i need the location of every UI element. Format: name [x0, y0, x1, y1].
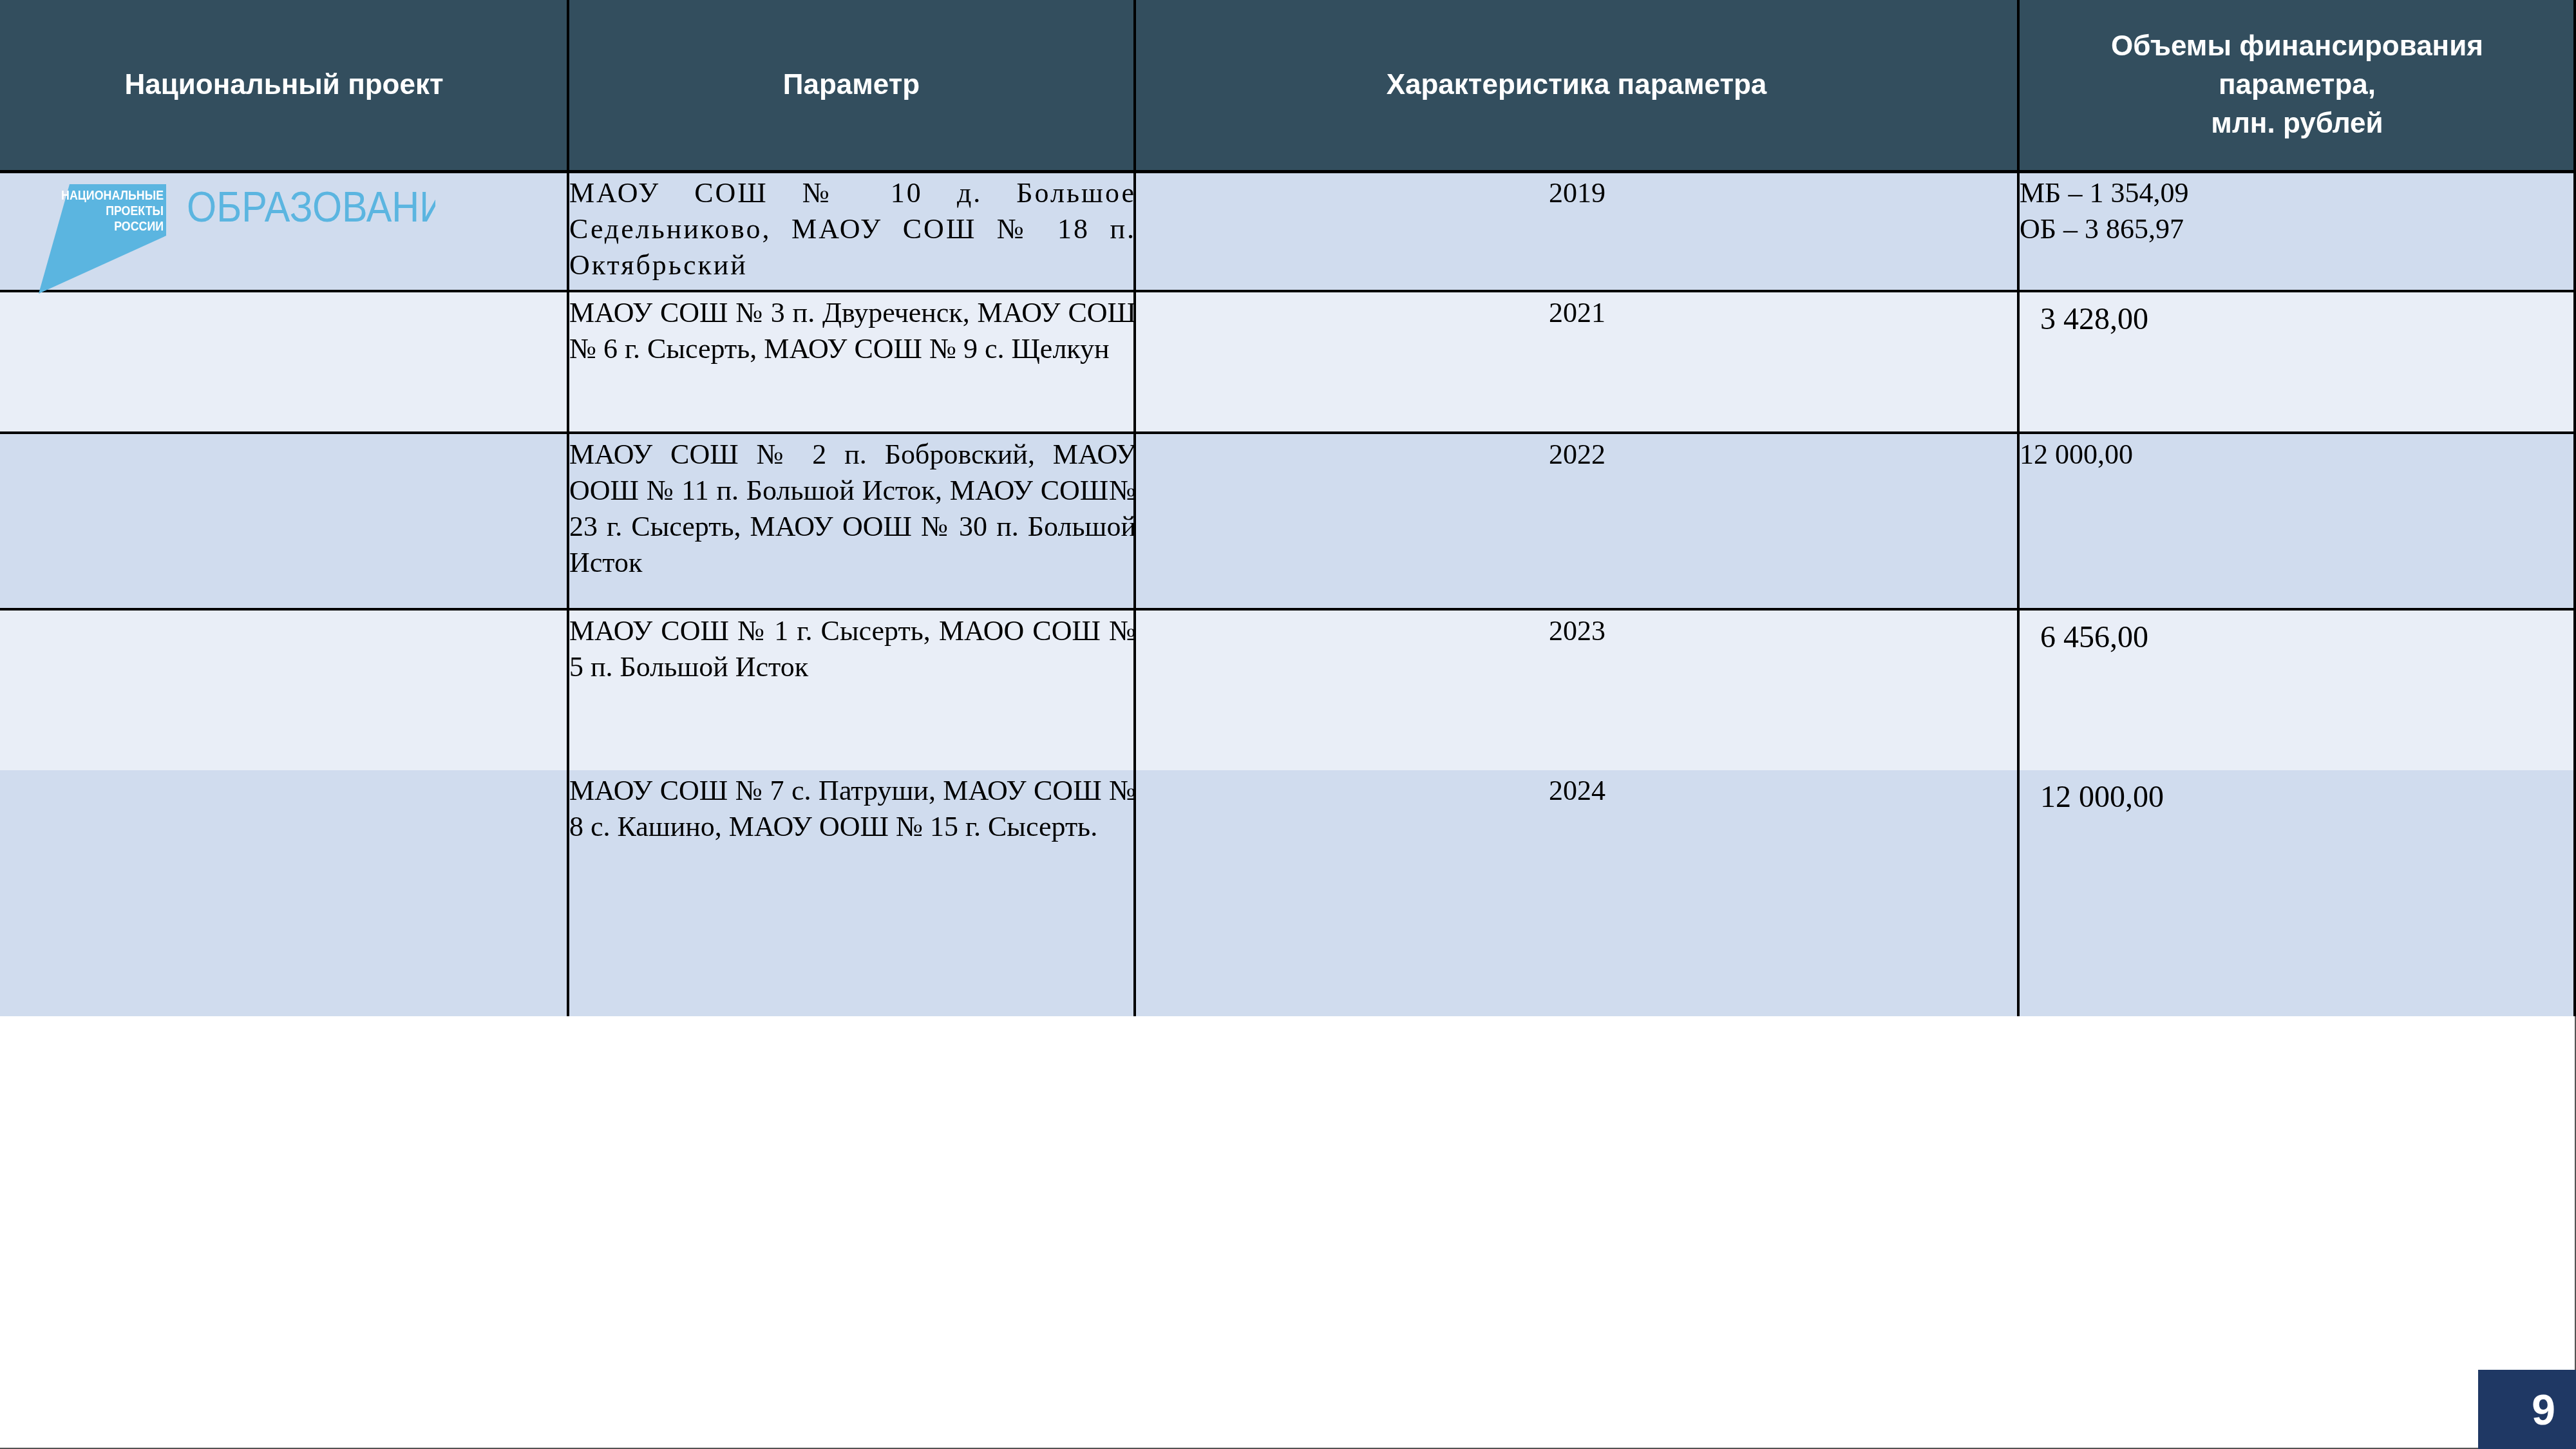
page-number: 9 [2532, 1385, 2555, 1434]
funding-cell: 12 000,00 [2020, 434, 2576, 608]
year-cell: 2022 [1136, 434, 2018, 608]
page-number-badge: 9 [2478, 1370, 2576, 1449]
svg-text:ОБРАЗОВАНИЕ: ОБРАЗОВАНИЕ [187, 184, 435, 231]
param-cell: МАОУ СОШ № 7 с. Патруши, МАОУ СОШ № 8 с.… [569, 770, 1136, 1016]
header-funding-line1: Объемы финансирования [2111, 27, 2483, 66]
param-cell: МАОУ СОШ № 1 г. Сысерть, МАОО СОШ № 5 п.… [569, 611, 1136, 770]
header-funding: Объемы финансирования параметра, млн. ру… [2018, 0, 2576, 170]
divider [2573, 0, 2576, 1016]
header-funding-line2: параметра, [2219, 66, 2376, 104]
svg-text:ПРОЕКТЫ: ПРОЕКТЫ [106, 204, 164, 219]
table-row: МАОУ СОШ № 2 п. Бобровский, МАОУ ООШ № 1… [0, 434, 2576, 608]
param-cell: МАОУ СОШ № 2 п. Бобровский, МАОУ ООШ № 1… [569, 434, 1136, 608]
funding-cell: 6 456,00 [2020, 611, 2576, 770]
divider [1133, 0, 1136, 1016]
header-parameter-label: Параметр [783, 66, 920, 104]
param-cell: МАОУ СОШ № 3 п. Двуреченск, МАОУ СОШ № 6… [569, 292, 1136, 431]
header-national-project: Национальный проект [0, 0, 568, 170]
header-national-project-label: Национальный проект [124, 66, 443, 104]
header-characteristic: Характеристика параметра [1135, 0, 2018, 170]
divider [0, 431, 2576, 434]
param-cell: МАОУ СОШ № 10 д. Большое Седельниково, М… [569, 173, 1136, 290]
table-row: МАОУ СОШ № 1 г. Сысерть, МАОО СОШ № 5 п.… [0, 611, 2576, 770]
year-cell: 2021 [1136, 292, 2018, 431]
divider [567, 0, 569, 1016]
svg-text:НАЦИОНАЛЬНЫЕ: НАЦИОНАЛЬНЫЕ [61, 188, 164, 204]
funding-ob: ОБ – 3 865,97 [2020, 211, 2576, 247]
year-cell: 2023 [1136, 611, 2018, 770]
year-cell: 2024 [1136, 770, 2018, 1016]
year-cell: 2019 [1136, 173, 2018, 290]
divider [0, 608, 2576, 611]
header-funding-line3: млн. рублей [2211, 104, 2383, 143]
funding-cell: 12 000,00 [2020, 770, 2576, 1016]
funding-cell: 3 428,00 [2020, 292, 2576, 431]
table-row: МАОУ СОШ № 3 п. Двуреченск, МАОУ СОШ № 6… [0, 292, 2576, 431]
svg-text:РОССИИ: РОССИИ [114, 219, 164, 234]
funding-cell: МБ – 1 354,09 ОБ – 3 865,97 [2020, 173, 2576, 290]
divider [2017, 0, 2020, 1016]
header-parameter: Параметр [568, 0, 1135, 170]
national-projects-flag-icon: НАЦИОНАЛЬНЫЕ ПРОЕКТЫ РОССИИ ОБРАЗОВАНИЕ [36, 183, 435, 299]
table-row: МАОУ СОШ № 7 с. Патруши, МАОУ СОШ № 8 с.… [0, 770, 2576, 1016]
national-project-logo: НАЦИОНАЛЬНЫЕ ПРОЕКТЫ РОССИИ ОБРАЗОВАНИЕ [36, 183, 435, 299]
funding-mb: МБ – 1 354,09 [2020, 175, 2576, 211]
divider [0, 170, 2576, 173]
header-characteristic-label: Характеристика параметра [1387, 66, 1767, 104]
